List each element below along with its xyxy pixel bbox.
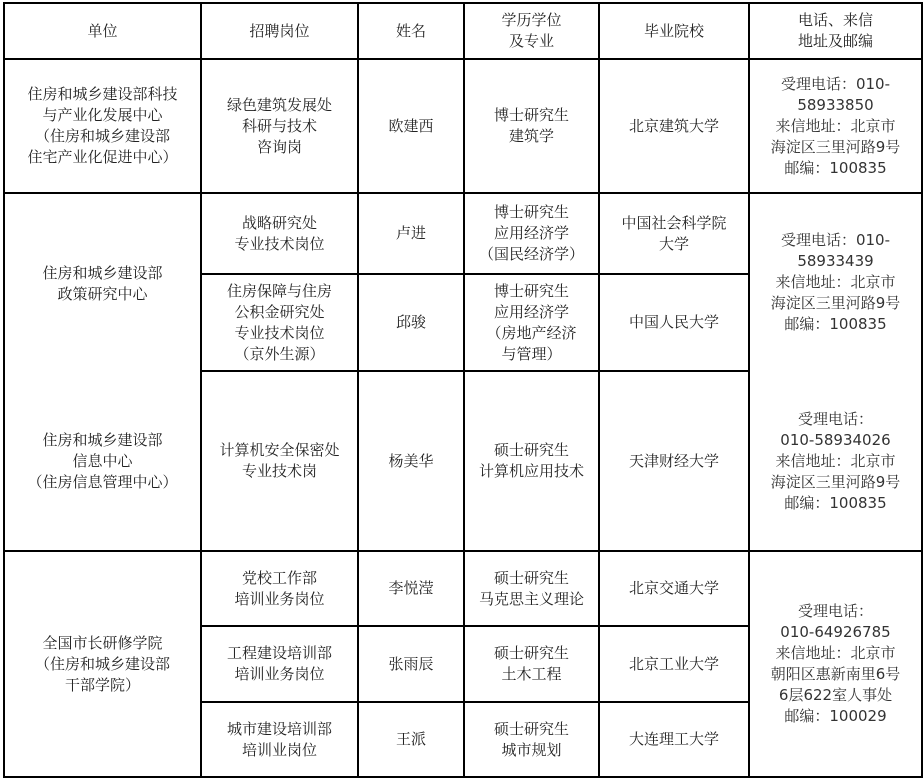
school-cell: 天津财经大学: [600, 372, 748, 550]
header-position: 招聘岗位: [202, 4, 357, 58]
position-cell: 城市建设培训部 培训业岗位: [202, 703, 357, 776]
school-cell: 北京工业大学: [600, 627, 748, 701]
name-cell: 张雨辰: [359, 627, 463, 701]
degree-cell: 硕士研究生 土木工程: [465, 627, 598, 701]
header-contact: 电话、来信 地址及邮编: [750, 4, 921, 58]
position-cell: 计算机安全保密处 专业技术岗: [202, 372, 357, 550]
table-border-right: [921, 2, 923, 778]
degree-cell: 博士研究生 应用经济学 （房地产经济 与管理）: [465, 275, 598, 370]
position-cell: 党校工作部 培训业务岗位: [202, 552, 357, 625]
school-cell: 中国社会科学院 大学: [600, 194, 748, 273]
name-cell: 邱骏: [359, 275, 463, 370]
degree-cell: 硕士研究生 计算机应用技术: [465, 372, 598, 550]
name-cell: 王派: [359, 703, 463, 776]
unit-cell: 住房和城乡建设部 信息中心 （住房信息管理中心）: [5, 372, 200, 550]
school-cell: 北京交通大学: [600, 552, 748, 625]
degree-cell: 硕士研究生 城市规划: [465, 703, 598, 776]
school-cell: 大连理工大学: [600, 703, 748, 776]
header-degree: 学历学位 及专业: [465, 4, 598, 58]
school-cell: 北京建筑大学: [600, 60, 748, 192]
name-cell: 杨美华: [359, 372, 463, 550]
unit-cell: 全国市长研修学院 （住房和城乡建设部 干部学院）: [5, 552, 200, 776]
position-cell: 住房保障与住房 公积金研究处 专业技术岗位 （京外生源）: [202, 275, 357, 370]
contact-cell: 受理电话：010- 58933439 来信地址：北京市 海淀区三里河路9号 邮编…: [750, 194, 921, 370]
header-unit: 单位: [5, 4, 200, 58]
position-cell: 绿色建筑发展处 科研与技术 咨询岗: [202, 60, 357, 192]
name-cell: 李悦滢: [359, 552, 463, 625]
school-cell: 中国人民大学: [600, 275, 748, 370]
name-cell: 卢进: [359, 194, 463, 273]
contact-cell: 受理电话： 010-64926785 来信地址：北京市 朝阳区惠新南里6号 6层…: [750, 552, 921, 776]
degree-cell: 博士研究生 应用经济学 （国民经济学）: [465, 194, 598, 273]
degree-cell: 博士研究生 建筑学: [465, 60, 598, 192]
contact-cell: 受理电话：010- 58933850 来信地址：北京市 海淀区三里河路9号 邮编…: [750, 60, 921, 192]
position-cell: 工程建设培训部 培训业务岗位: [202, 627, 357, 701]
unit-cell: 住房和城乡建设部科技 与产业化发展中心 （住房和城乡建设部 住宅产业化促进中心）: [5, 60, 200, 192]
position-cell: 战略研究处 专业技术岗位: [202, 194, 357, 273]
name-cell: 欧建西: [359, 60, 463, 192]
contact-cell: 受理电话： 010-58934026 来信地址：北京市 海淀区三里河路9号 邮编…: [750, 372, 921, 550]
header-school: 毕业院校: [600, 4, 748, 58]
header-name: 姓名: [359, 4, 463, 58]
degree-cell: 硕士研究生 马克思主义理论: [465, 552, 598, 625]
unit-cell: 住房和城乡建设部 政策研究中心: [5, 194, 200, 374]
